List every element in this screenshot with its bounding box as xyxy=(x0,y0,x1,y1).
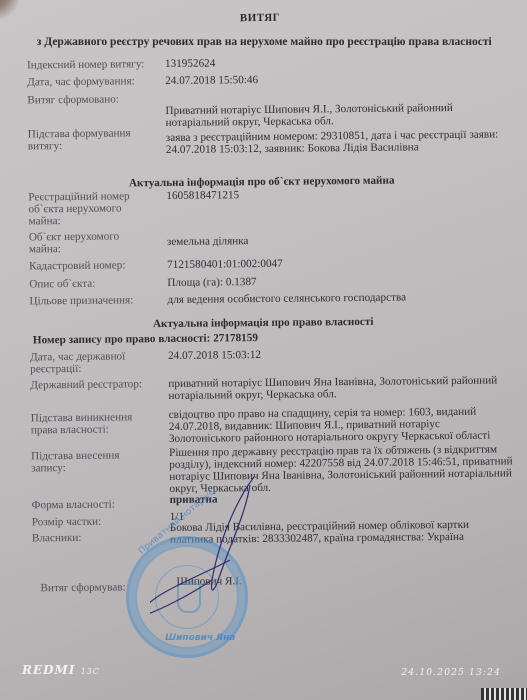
field-cadastral-number: Кадастровий номер: 7121580401:01:002:004… xyxy=(29,255,509,260)
field-label: Підстава формування витягу: xyxy=(28,127,163,152)
field-value: Площа (га): 0.1387 xyxy=(167,273,512,289)
photo-timestamp: 24.10.2025 13:24 xyxy=(401,668,501,678)
document-title: ВИТЯГ xyxy=(0,9,524,27)
field-ownership-form: Форма власності: приватна xyxy=(32,494,512,499)
qr-code-icon xyxy=(481,688,527,700)
field-registration-datetime: Дата, час державної реєстрації: 24.07.20… xyxy=(30,346,510,351)
field-value: приватний нотаріус Шипович Яна Іванівна,… xyxy=(168,374,513,402)
field-ownership-basis: Підстава виникнення права власності: сві… xyxy=(31,405,511,410)
field-label: Розмір частки: xyxy=(32,515,167,528)
field-value: 24.07.2018 15:50:46 xyxy=(165,71,510,87)
device-brand: REDMI xyxy=(22,663,75,677)
field-value: земельна ділянка xyxy=(167,232,512,248)
field-label: Цільове призначення: xyxy=(29,294,164,307)
document-subtitle: з Державного реєстру речових прав на нер… xyxy=(37,36,492,48)
field-object-type: Об`єкт нерухомого майна: земельна ділянк… xyxy=(29,226,509,231)
field-value: 131952624 xyxy=(165,54,510,70)
field-label: Державний реєстратор: xyxy=(30,378,165,391)
field-owners: Власники: Бокова Лідія Василівна, реєстр… xyxy=(32,527,512,532)
field-value: для ведення особистого селянського госпо… xyxy=(167,290,512,306)
device-watermark: REDMI 13C xyxy=(22,663,100,677)
section-heading-ownership: Актуальна інформація про право власності xyxy=(0,314,527,332)
field-value: свідоцтво про право на спадщину, серія т… xyxy=(169,405,514,445)
field-label: Кадастровий номер: xyxy=(29,259,164,272)
stamp-bottom-text: Шипович Яна xyxy=(165,633,235,643)
record-value: 27178159 xyxy=(213,332,258,344)
field-label: Реєстраційний номер об`єкта нерухомого м… xyxy=(28,190,138,227)
signature-row: Витяг сформував: Шипович Я.І. xyxy=(32,577,512,582)
field-label: Витяг сформовано: xyxy=(27,93,162,106)
field-value: 1605818471215 xyxy=(166,186,511,202)
field-label: Індексний номер витягу: xyxy=(27,58,162,71)
field-label: Об`єкт нерухомого майна: xyxy=(29,230,139,255)
device-model: 13C xyxy=(81,667,100,676)
field-index-number: Індексний номер витягу: 131952624 xyxy=(27,54,507,59)
field-value: 7121580401:01:002:0047 xyxy=(167,255,512,271)
field-value: заява з реєстраційним номером: 29310851,… xyxy=(166,128,511,156)
handwritten-signature xyxy=(150,475,270,625)
field-label: Дата, час формування: xyxy=(27,75,162,88)
field-entry-basis: Підстава внесення запису: Рішення про де… xyxy=(31,443,511,448)
field-value: Приватний нотаріус Шипович Я.І., Золотон… xyxy=(165,101,510,129)
field-formed-by: Витяг сформовано: Приватний нотаріус Шип… xyxy=(27,89,507,94)
field-share-size: Розмір частки: 1/1 xyxy=(32,511,512,516)
field-label: Дата, час державної реєстрації: xyxy=(30,350,145,375)
field-label: Форма власності: xyxy=(32,498,167,511)
field-purpose: Цільове призначення: для ведення особист… xyxy=(29,290,509,295)
record-label: Номер запису про право власності: xyxy=(33,333,211,347)
field-formation-datetime: Дата, час формування: 24.07.2018 15:50:4… xyxy=(27,71,507,76)
field-state-registrar: Державний реєстратор: приватний нотаріус… xyxy=(30,374,510,379)
field-label: Підстава внесення запису: xyxy=(31,449,131,474)
field-label: Опис об`єкта: xyxy=(29,277,164,290)
field-object-description: Опис об`єкта: Площа (га): 0.1387 xyxy=(29,273,509,278)
field-value: 24.07.2018 15:03:12 xyxy=(168,346,513,362)
field-label: Підстава виникнення права власності: xyxy=(31,411,146,436)
ownership-record-number: Номер запису про право власності: 271781… xyxy=(33,332,258,346)
